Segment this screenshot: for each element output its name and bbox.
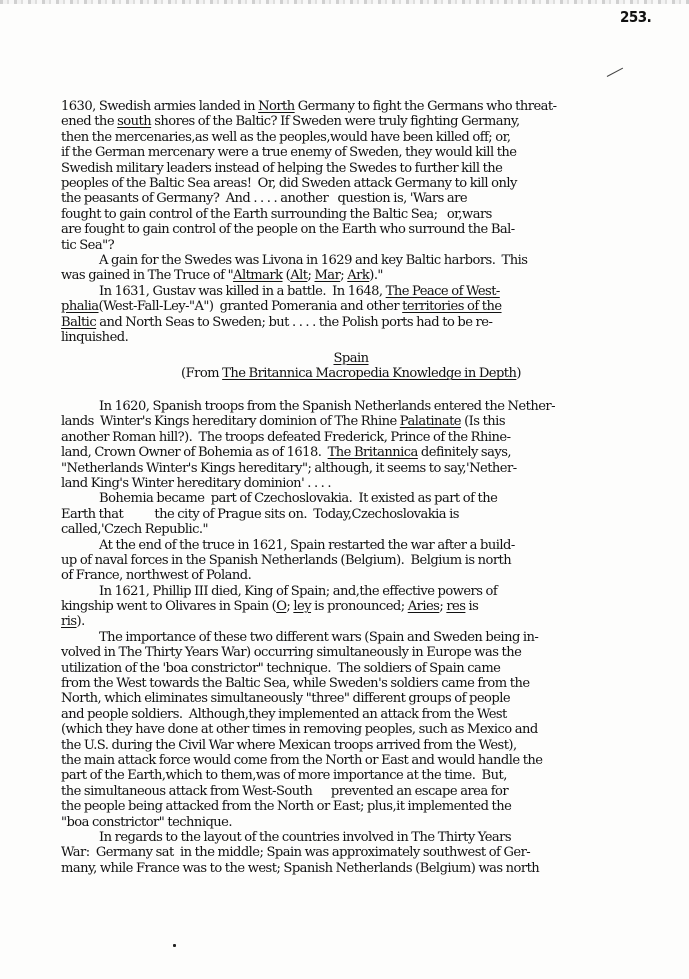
page-number: 253. — [620, 8, 651, 26]
text-line: are fought to gain control of the people… — [61, 222, 641, 237]
text-line: the peasants of Germany? And . . . . ano… — [61, 191, 641, 206]
text-span: Bohemia became part of Czechoslovakia. I… — [99, 491, 497, 506]
text-span: are fought to gain control of the people… — [61, 222, 515, 237]
text-span: In 1631, Gustav was killed in a battle. … — [99, 284, 386, 299]
text-span: War: Germany sat in the middle; Spain wa… — [61, 845, 530, 860]
text-line: A gain for the Swedes was Livona in 1629… — [61, 253, 641, 268]
text-span: A gain for the Swedes was Livona in 1629… — [99, 253, 527, 268]
text-span: many, while France was to the west; Span… — [61, 861, 539, 876]
text-span: up of naval forces in the Spanish Nether… — [61, 553, 511, 568]
paragraphs-baltic-gains: A gain for the Swedes was Livona in 1629… — [61, 253, 641, 345]
underlined-text: Palatinate — [400, 414, 461, 429]
underlined-text: Ark — [347, 268, 369, 283]
text-span: utilization of the 'boa constrictor" tec… — [61, 661, 500, 676]
text-span: land, Crown Owner of Bohemia as of 1618. — [61, 445, 328, 460]
text-span: the simultaneous attack from West-South … — [61, 784, 508, 799]
text-span: In regards to the layout of the countrie… — [99, 830, 511, 845]
text-span: linquished. — [61, 330, 128, 345]
text-span: the people being attacked from the North… — [61, 799, 511, 814]
text-span: is pronounced; — [311, 599, 408, 614]
text-line: the simultaneous attack from West-South … — [61, 784, 641, 799]
underlined-text: Mar — [314, 268, 340, 283]
text-span: Germany to fight the Germans who threat- — [295, 99, 557, 114]
text-span: is — [465, 599, 478, 614]
scan-edge-artifact — [0, 0, 689, 4]
underlined-text: phalia — [61, 299, 99, 314]
text-line: up of naval forces in the Spanish Nether… — [61, 553, 641, 568]
text-span: Earth that the city of Prague sits on. T… — [61, 507, 459, 522]
text-line: ened the south shores of the Baltic? If … — [61, 114, 641, 129]
text-line: At the end of the truce in 1621, Spain r… — [61, 538, 641, 553]
underlined-text: Alt — [290, 268, 307, 283]
paragraph-sweden-questions: 1630, Swedish armies landed in North Ger… — [61, 99, 641, 253]
text-line: and people soldiers. Although,they imple… — [61, 707, 641, 722]
underlined-text: O — [276, 599, 286, 614]
text-span: 1630, Swedish armies landed in — [61, 99, 258, 114]
text-line: linquished. — [61, 330, 641, 345]
underlined-text: North — [258, 99, 295, 114]
text-span: another Roman hill?). The troops defeate… — [61, 430, 510, 445]
text-span: if the German mercenary were a true enem… — [61, 145, 517, 160]
text-line: tic Sea"? — [61, 238, 641, 253]
text-span: from the West towards the Baltic Sea, wh… — [61, 676, 530, 691]
heading-title: Spain — [61, 351, 641, 366]
text-span: North, which eliminates simultaneously "… — [61, 691, 510, 706]
stray-ink-dot — [173, 944, 176, 947]
text-line: In 1620, Spanish troops from the Spanish… — [61, 399, 641, 414]
text-span: and North Seas to Sweden; but . . . . th… — [96, 315, 492, 330]
text-span: of France, northwest of Poland. — [61, 568, 251, 583]
text-span: the U.S. during the Civil War where Mexi… — [61, 738, 517, 753]
text-line: many, while France was to the west; Span… — [61, 861, 641, 876]
text-span: In 1620, Spanish troops from the Spanish… — [99, 399, 555, 414]
text-span: and people soldiers. Although,they imple… — [61, 707, 507, 722]
text-line: the main attack force would come from th… — [61, 753, 641, 768]
text-line: lands Winter's Kings hereditary dominion… — [61, 414, 641, 429]
text-line: 1630, Swedish armies landed in North Ger… — [61, 99, 641, 114]
text-span: "Netherlands Winter's Kings hereditary";… — [61, 461, 517, 476]
text-span: ). — [77, 614, 85, 629]
text-span: (West-Fall-Ley-"A") granted Pomerania an… — [99, 299, 403, 314]
text-line: Baltic and North Seas to Sweden; but . .… — [61, 315, 641, 330]
underlined-text: The Peace of West- — [386, 284, 500, 299]
text-span: In 1621, Phillip III died, King of Spain… — [99, 584, 497, 599]
text-line: was gained in The Truce of "Altmark (Alt… — [61, 268, 641, 283]
text-line: another Roman hill?). The troops defeate… — [61, 430, 641, 445]
underlined-text: ris — [61, 614, 77, 629]
text-span: land King's Winter hereditary dominion' … — [61, 476, 331, 491]
underlined-text: ley — [293, 599, 311, 614]
heading-source: (From The Britannica Macropedia Knowledg… — [61, 366, 641, 381]
text-span: shores of the Baltic? If Sweden were tru… — [151, 114, 520, 129]
text-span: (Is this — [461, 414, 505, 429]
text-line: utilization of the 'boa constrictor" tec… — [61, 661, 641, 676]
text-line: kingship went to Olivares in Spain (O; l… — [61, 599, 641, 614]
text-line: In 1631, Gustav was killed in a battle. … — [61, 284, 641, 299]
text-line: Swedish military leaders instead of help… — [61, 161, 641, 176]
underlined-text: south — [117, 114, 151, 129]
text-line: of France, northwest of Poland. — [61, 568, 641, 583]
text-span: part of the Earth,which to them,was of m… — [61, 768, 507, 783]
text-line: North, which eliminates simultaneously "… — [61, 691, 641, 706]
underlined-text: territories of the — [402, 299, 501, 314]
text-line: if the German mercenary were a true enem… — [61, 145, 641, 160]
text-line: land King's Winter hereditary dominion' … — [61, 476, 641, 491]
text-line: "Netherlands Winter's Kings hereditary";… — [61, 461, 641, 476]
pen-mark — [607, 68, 623, 77]
text-span: "boa constrictor" technique. — [61, 815, 232, 830]
text-line: In regards to the layout of the countrie… — [61, 830, 641, 845]
text-span: (which they have done at other times in … — [61, 722, 538, 737]
text-line: (which they have done at other times in … — [61, 722, 641, 737]
text-line: Earth that the city of Prague sits on. T… — [61, 507, 641, 522]
text-span: ened the — [61, 114, 117, 129]
text-span: definitely says, — [418, 445, 511, 460]
underlined-text: Altmark — [233, 268, 282, 283]
text-span: The importance of these two different wa… — [99, 630, 538, 645]
text-line: part of the Earth,which to them,was of m… — [61, 768, 641, 783]
text-line: volved in The Thirty Years War) occurrin… — [61, 645, 641, 660]
text-line: land, Crown Owner of Bohemia as of 1618.… — [61, 445, 641, 460]
underlined-text: The Britannica — [328, 445, 418, 460]
text-line: the people being attacked from the North… — [61, 799, 641, 814]
text-span: kingship went to Olivares in Spain ( — [61, 599, 276, 614]
text-line: peoples of the Baltic Sea areas! Or, did… — [61, 176, 641, 191]
text-line: War: Germany sat in the middle; Spain wa… — [61, 845, 641, 860]
text-span: )." — [369, 268, 383, 283]
text-span: the main attack force would come from th… — [61, 753, 543, 768]
text-span: At the end of the truce in 1621, Spain r… — [99, 538, 515, 553]
section-heading: Spain (From The Britannica Macropedia Kn… — [61, 351, 641, 382]
source-title: The Britannica Macropedia Knowledge in D… — [222, 366, 516, 381]
text-line: "boa constrictor" technique. — [61, 815, 641, 830]
underlined-text: Aries — [408, 599, 440, 614]
text-span: was gained in The Truce of " — [61, 268, 233, 283]
text-line: Bohemia became part of Czechoslovakia. I… — [61, 491, 641, 506]
text-span: peoples of the Baltic Sea areas! Or, did… — [61, 176, 517, 191]
text-line: The importance of these two different wa… — [61, 630, 641, 645]
text-span: volved in The Thirty Years War) occurrin… — [61, 645, 521, 660]
text-line: phalia(West-Fall-Ley-"A") granted Pomera… — [61, 299, 641, 314]
paragraphs-spain: In 1620, Spanish troops from the Spanish… — [61, 399, 641, 876]
text-line: from the West towards the Baltic Sea, wh… — [61, 676, 641, 691]
text-line: the U.S. during the Civil War where Mexi… — [61, 738, 641, 753]
text-span: then the mercenaries,as well as the peop… — [61, 130, 511, 145]
text-span: tic Sea"? — [61, 238, 114, 253]
text-line: then the mercenaries,as well as the peop… — [61, 130, 641, 145]
text-span: called,'Czech Republic." — [61, 522, 208, 537]
text-span: Swedish military leaders instead of help… — [61, 161, 502, 176]
text-line: called,'Czech Republic." — [61, 522, 641, 537]
text-span: fought to gain control of the Earth surr… — [61, 207, 492, 222]
text-line: fought to gain control of the Earth surr… — [61, 207, 641, 222]
text-line: In 1621, Phillip III died, King of Spain… — [61, 584, 641, 599]
underlined-text: res — [446, 599, 465, 614]
text-span: lands Winter's Kings hereditary dominion… — [61, 414, 400, 429]
underlined-text: Baltic — [61, 315, 96, 330]
text-span: the peasants of Germany? And . . . . ano… — [61, 191, 467, 206]
text-line: ris). — [61, 614, 641, 629]
